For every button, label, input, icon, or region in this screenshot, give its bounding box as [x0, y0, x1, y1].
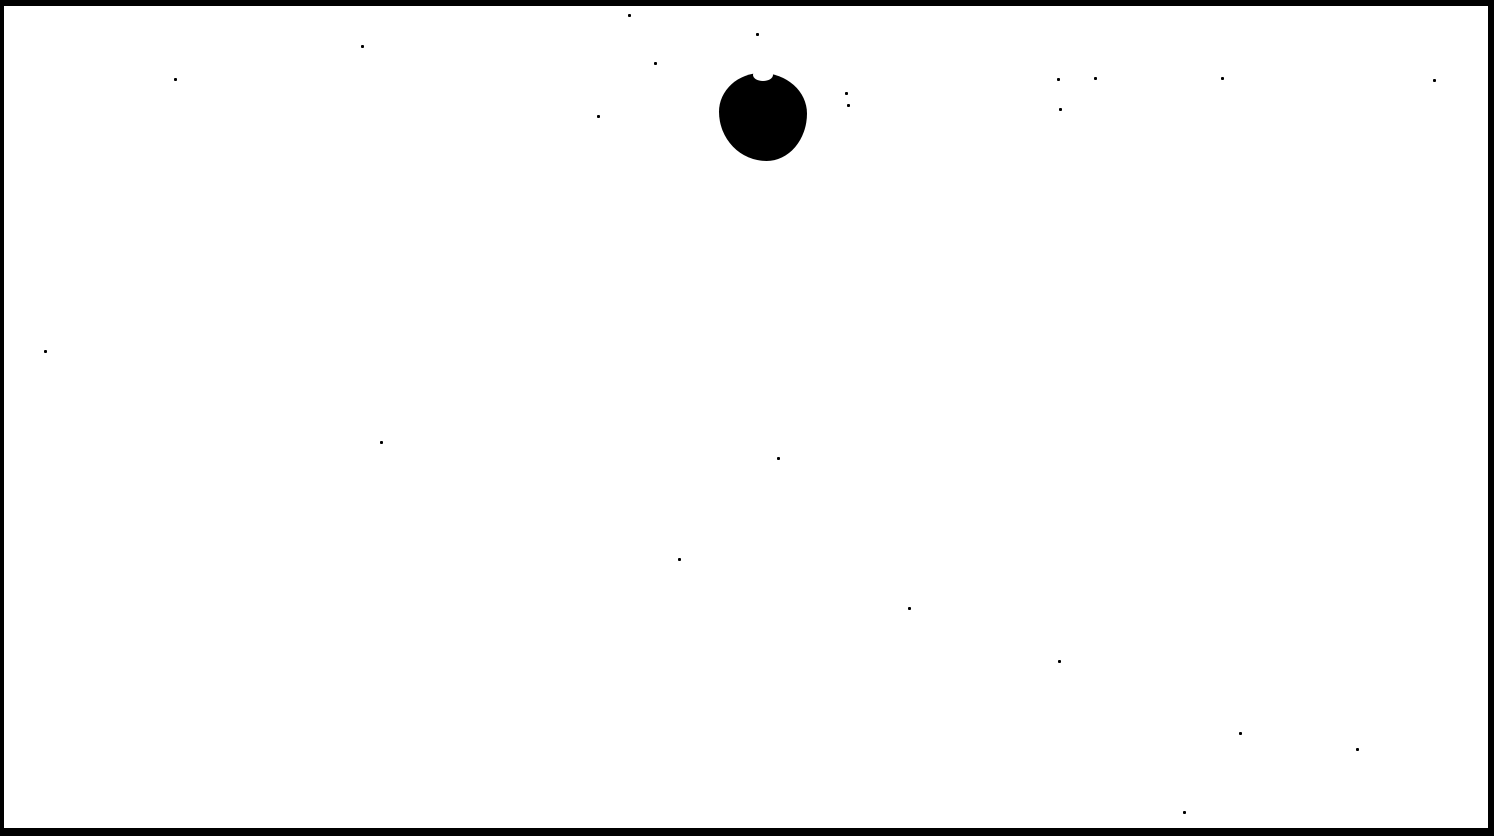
speckle: [361, 45, 364, 48]
speckle: [1183, 811, 1186, 814]
speckle: [847, 104, 850, 107]
speckle: [1059, 108, 1062, 111]
image-frame: [0, 0, 1494, 836]
speckle: [1356, 748, 1359, 751]
speckle: [380, 441, 383, 444]
speckle: [1094, 77, 1097, 80]
speckle: [44, 350, 47, 353]
speckle: [1239, 732, 1242, 735]
speckle: [1057, 78, 1060, 81]
speckle: [1058, 660, 1061, 663]
speckle: [678, 558, 681, 561]
speckle: [756, 33, 759, 36]
speckle: [1221, 77, 1224, 80]
speckle: [777, 457, 780, 460]
speckle: [628, 14, 631, 17]
speckle: [908, 607, 911, 610]
speckle: [1433, 79, 1436, 82]
speckle: [174, 78, 177, 81]
speckle: [597, 115, 600, 118]
speckle: [654, 62, 657, 65]
speckle: [845, 92, 848, 95]
